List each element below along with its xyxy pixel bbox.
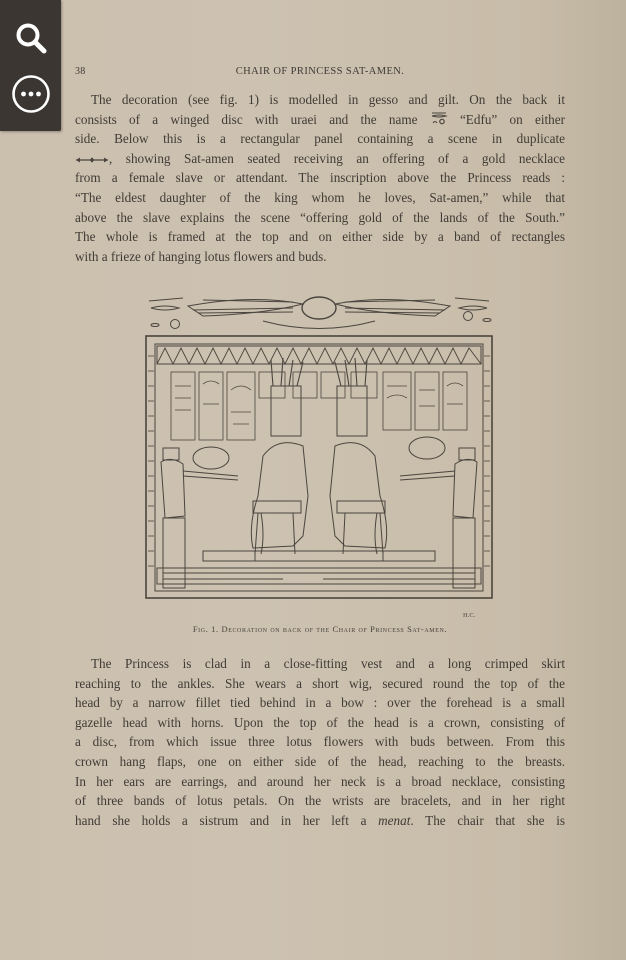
chair-decoration-drawing <box>143 286 495 614</box>
document-page: 38 CHAIR OF PRINCESS SAT-AMEN. The decor… <box>0 0 626 960</box>
text-line: a disc, from which issue three lotus flo… <box>75 732 565 752</box>
figure-caption: Fig. 1. Decoration on back of the Chair … <box>75 624 565 634</box>
text-line: above the slave explains the scene “offe… <box>75 208 565 228</box>
text-line: from a female slave or attendant. The in… <box>75 168 565 188</box>
hieroglyph-arrows-icon <box>75 150 109 170</box>
italic-term: menat <box>378 813 410 828</box>
figure-illustration <box>143 286 495 614</box>
text-line: crown hang flaps, one on either side of … <box>75 752 565 772</box>
more-options-icon <box>11 74 51 114</box>
text-line: hand she holds a sistrum and in her left… <box>75 811 565 831</box>
search-icon <box>13 20 49 56</box>
text-line: side. Below this is a rectangular panel … <box>75 129 565 149</box>
text-line: The whole is framed at the top and on ei… <box>75 227 565 247</box>
viewer-toolbar <box>0 0 61 131</box>
text-line: gazelle head with horns. Upon the top of… <box>75 713 565 733</box>
text-line: “The eldest daughter of the king whom he… <box>75 188 565 208</box>
text-line: reaching to the ankles. She wears a shor… <box>75 674 565 694</box>
running-head: CHAIR OF PRINCESS SAT-AMEN. <box>75 66 565 77</box>
text-line: with a frieze of hanging lotus flowers a… <box>75 247 565 267</box>
text-line: consists of a winged disc with uraei and… <box>75 110 565 130</box>
more-options-button[interactable] <box>9 72 53 116</box>
paragraph-2: The Princess is clad in a close-fitting … <box>75 654 565 830</box>
text-line: of three bands of lotus petals. On the w… <box>75 791 565 811</box>
text-line: The decoration (see fig. 1) is modelled … <box>75 90 565 110</box>
text-line: , showing Sat-amen seated receiving an o… <box>75 149 565 169</box>
text-line: In her ears are earrings, and around her… <box>75 772 565 792</box>
page-header: 38 CHAIR OF PRINCESS SAT-AMEN. <box>75 66 565 80</box>
hieroglyph-edfu-icon <box>430 111 448 131</box>
artist-initials: H.C. <box>463 612 475 619</box>
text-line: The Princess is clad in a close-fitting … <box>75 654 565 674</box>
text-line: head by a narrow fillet tied behind in a… <box>75 693 565 713</box>
paragraph-1: The decoration (see fig. 1) is modelled … <box>75 90 565 266</box>
search-button[interactable] <box>9 16 53 60</box>
